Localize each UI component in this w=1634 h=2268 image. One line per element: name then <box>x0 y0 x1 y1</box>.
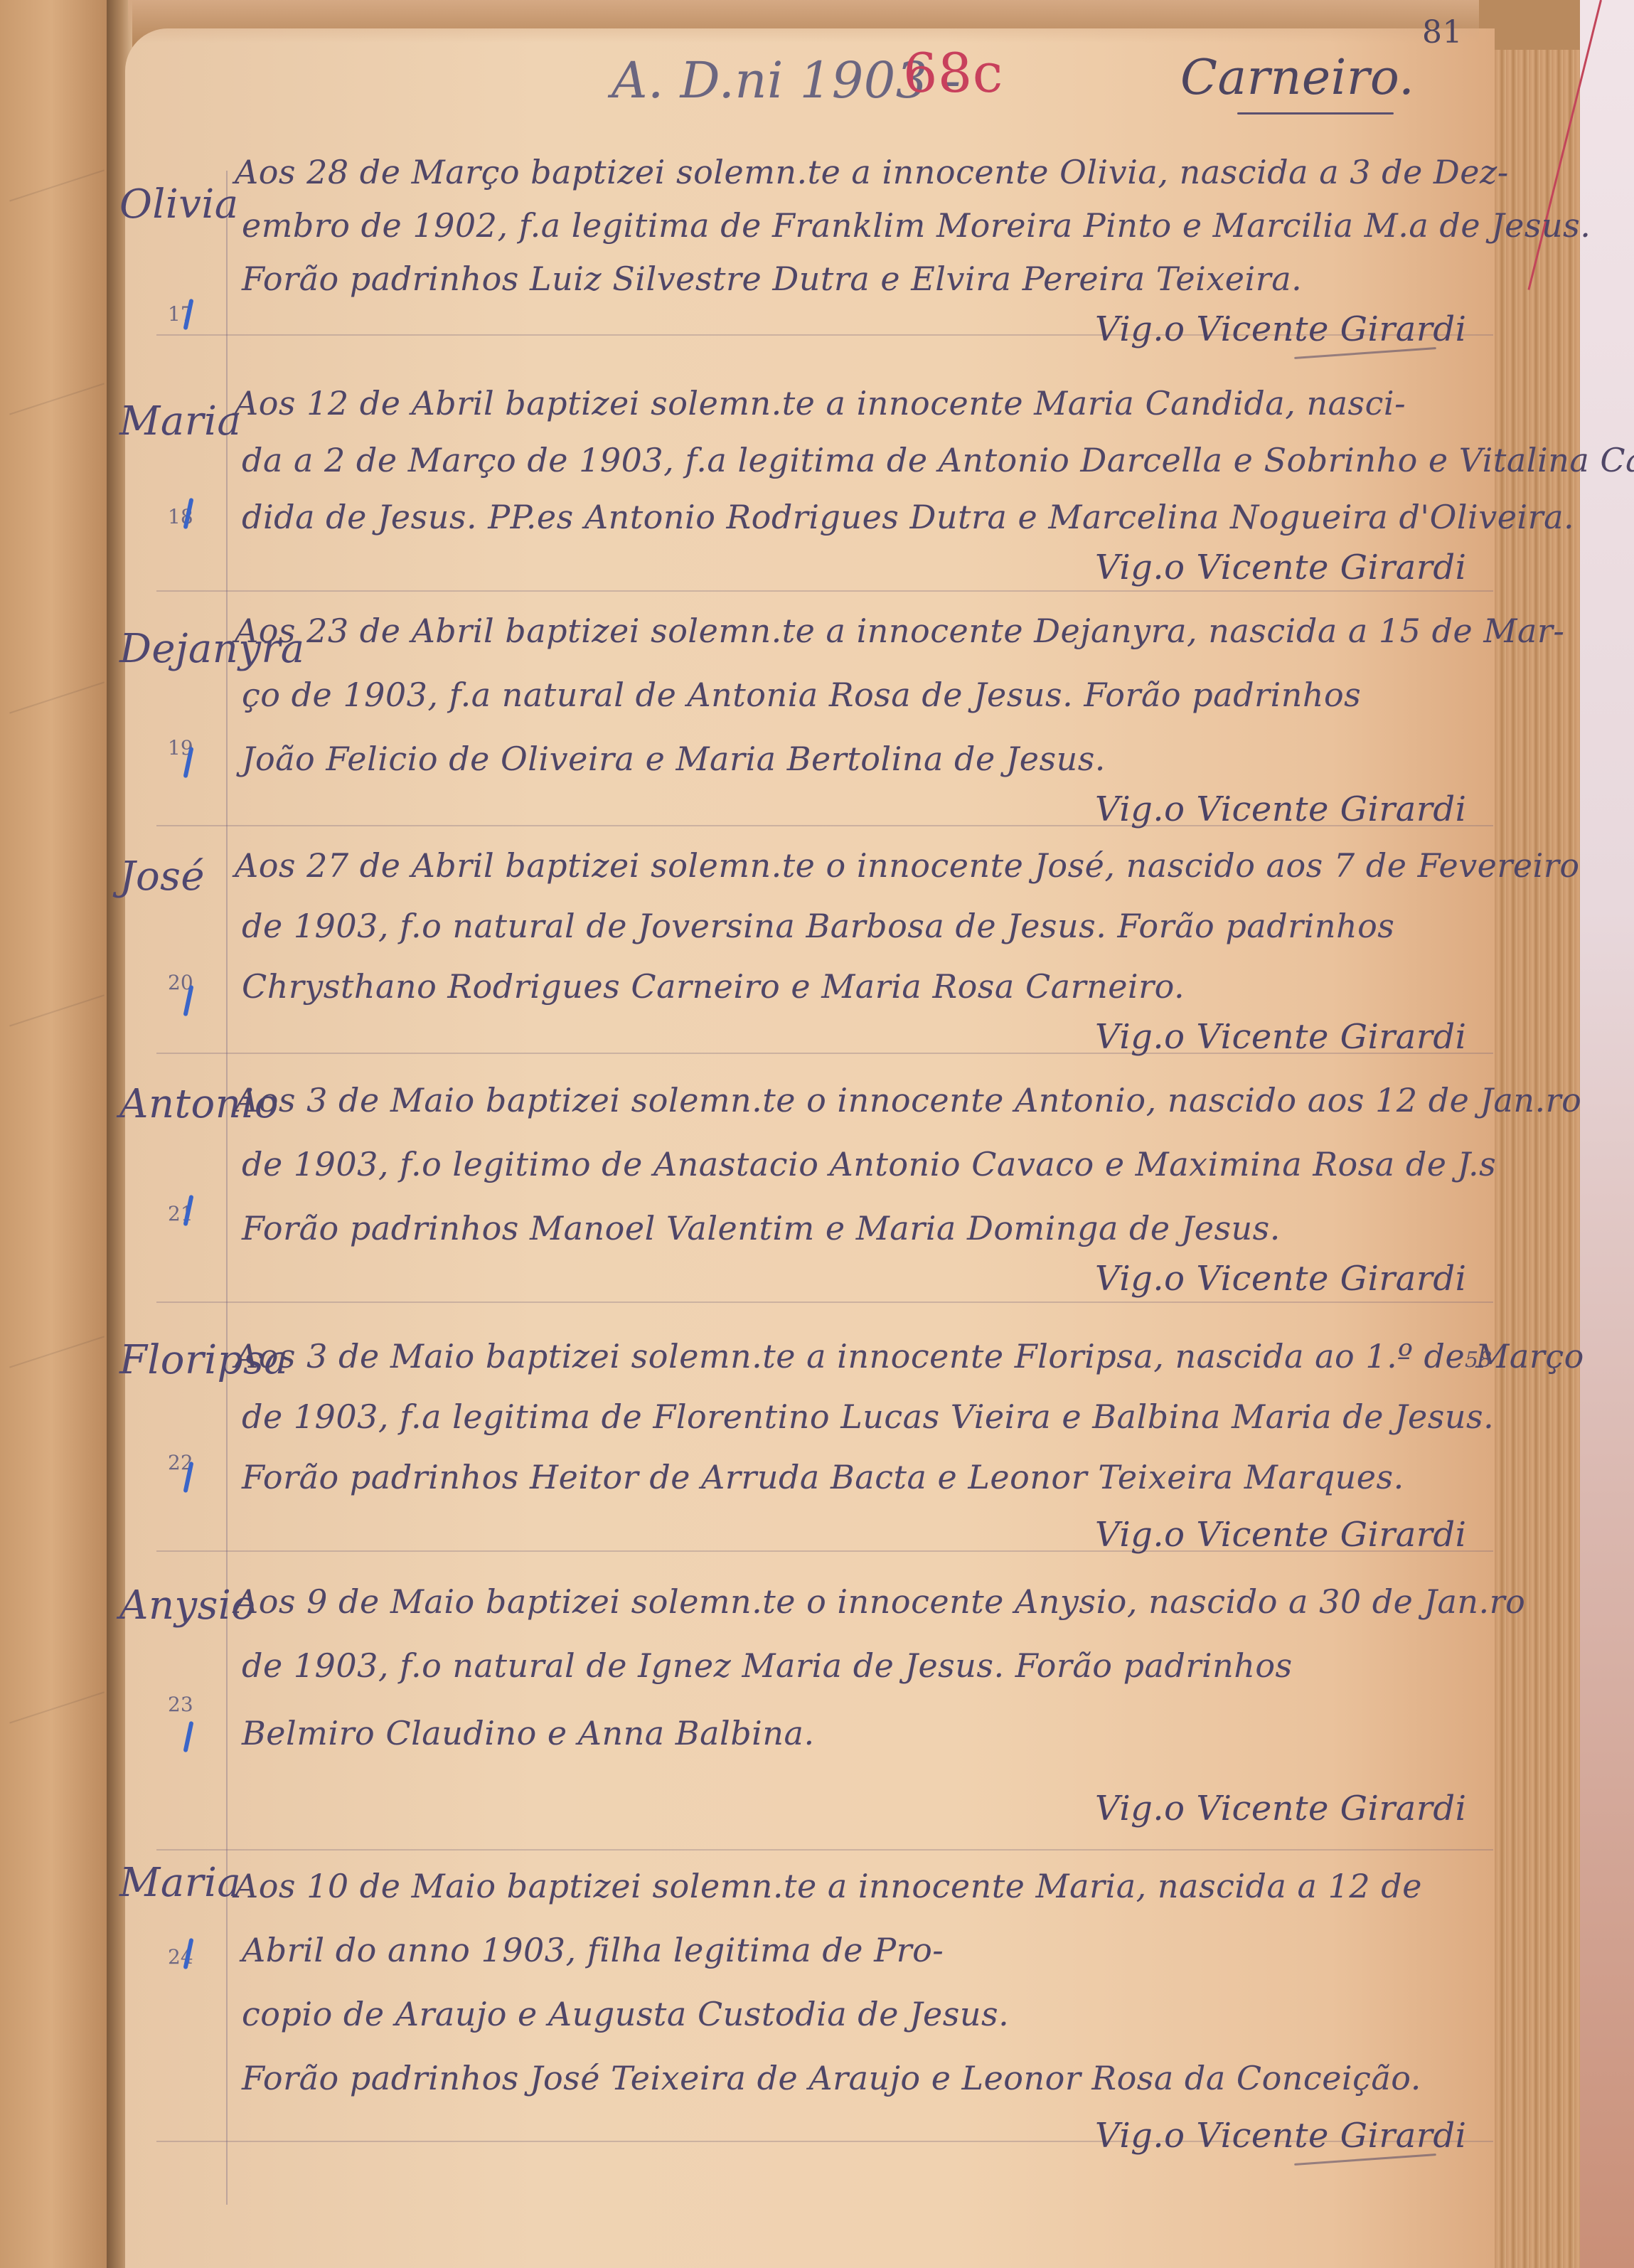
entry-text-line: de 1903, f.o natural de Joversina Barbos… <box>242 907 1394 945</box>
bleed-through-ink <box>9 169 105 201</box>
entry-margin-name: Maria <box>119 1860 241 1906</box>
entry-text-line: da a 2 de Março de 1903, f.a legitima de… <box>242 441 1634 479</box>
facing-left-page <box>0 0 114 2268</box>
entry-text-line: Aos 12 de Abril baptizei solemn.te a inn… <box>235 384 1406 422</box>
bleed-through-ink <box>9 681 105 713</box>
officiant-signature: Vig.o Vicente Girardi <box>1095 548 1466 587</box>
bleed-through-ink <box>9 1336 105 1368</box>
entry-text-line: Abril do anno 1903, filha legitima de Pr… <box>242 1931 944 1969</box>
entry-margin-name: José <box>119 853 205 900</box>
entry-text-line: Forão padrinhos Manoel Valentim e Maria … <box>242 1209 1281 1247</box>
parish-name: Carneiro. <box>1180 50 1414 106</box>
page-number: 81 <box>1422 14 1463 50</box>
entry-text-line: Aos 3 de Maio baptizei solemn.te a innoc… <box>235 1337 1584 1375</box>
officiant-signature: Vig.o Vicente Girardi <box>1095 1017 1466 1057</box>
officiant-signature: Vig.o Vicente Girardi <box>1095 309 1466 349</box>
entry-text-line: copio de Araujo e Augusta Custodia de Je… <box>242 1995 1009 2033</box>
entry-text-line: Aos 9 de Maio baptizei solemn.te o innoc… <box>235 1582 1525 1621</box>
entry-text-line: embro de 1902, f.a legitima de Franklim … <box>242 206 1591 245</box>
officiant-signature: Vig.o Vicente Girardi <box>1095 789 1466 829</box>
entry-text-line: Aos 3 de Maio baptizei solemn.te o innoc… <box>235 1081 1581 1119</box>
entry-text-line: Forão padrinhos Luiz Silvestre Dutra e E… <box>242 260 1302 298</box>
bleed-through-ink <box>9 1691 105 1723</box>
entry-margin-name: Olivia <box>119 181 239 228</box>
officiant-signature: Vig.o Vicente Girardi <box>1095 1515 1466 1555</box>
officiant-signature: Vig.o Vicente Girardi <box>1095 1789 1466 1828</box>
page-top-shadow <box>128 0 1479 43</box>
ruled-line <box>156 1301 1493 1303</box>
background-surface <box>1580 0 1634 2268</box>
entry-text-line: Chrysthano Rodrigues Carneiro e Maria Ro… <box>242 967 1185 1006</box>
entry-text-line: Aos 23 de Abril baptizei solemn.te a inn… <box>235 612 1564 650</box>
entry-text-line: de 1903, f.a legitima de Florentino Luca… <box>242 1397 1494 1436</box>
entry-margin-name: Maria <box>119 398 241 444</box>
entry-text-line: João Felicio de Oliveira e Maria Bertoli… <box>242 740 1106 778</box>
page-edges-stack <box>1495 50 1580 2268</box>
red-folio-number: 68c <box>903 41 1003 105</box>
edge-note: 58 <box>1465 1348 1492 1373</box>
entry-text-line: Aos 27 de Abril baptizei solemn.te o inn… <box>235 846 1580 885</box>
entry-text-line: de 1903, f.o natural de Ignez Maria de J… <box>242 1646 1293 1685</box>
officiant-signature: Vig.o Vicente Girardi <box>1095 1259 1466 1299</box>
entry-text-line: de 1903, f.o legitimo de Anastacio Anton… <box>242 1145 1496 1183</box>
parish-underline-flourish <box>1237 112 1394 115</box>
entry-text-line: ço de 1903, f.a natural de Antonia Rosa … <box>242 676 1361 714</box>
entry-text-line: Forão padrinhos José Teixeira de Araujo … <box>242 2059 1421 2097</box>
entry-number: 23 <box>168 1693 193 1716</box>
entry-text-line: Forão padrinhos Heitor de Arruda Bacta e… <box>242 1458 1404 1496</box>
entry-text-line: dida de Jesus. PP.es Antonio Rodrigues D… <box>242 498 1574 536</box>
entry-text-line: Aos 28 de Março baptizei solemn.te a inn… <box>235 153 1509 191</box>
bleed-through-ink <box>9 994 105 1026</box>
ruled-line <box>156 1849 1493 1851</box>
officiant-signature: Vig.o Vicente Girardi <box>1095 2116 1466 2156</box>
bleed-through-ink <box>9 383 105 415</box>
entry-text-line: Aos 10 de Maio baptizei solemn.te a inno… <box>235 1867 1422 1905</box>
entry-text-line: Belmiro Claudino e Anna Balbina. <box>242 1714 815 1752</box>
ruled-line <box>156 590 1493 592</box>
